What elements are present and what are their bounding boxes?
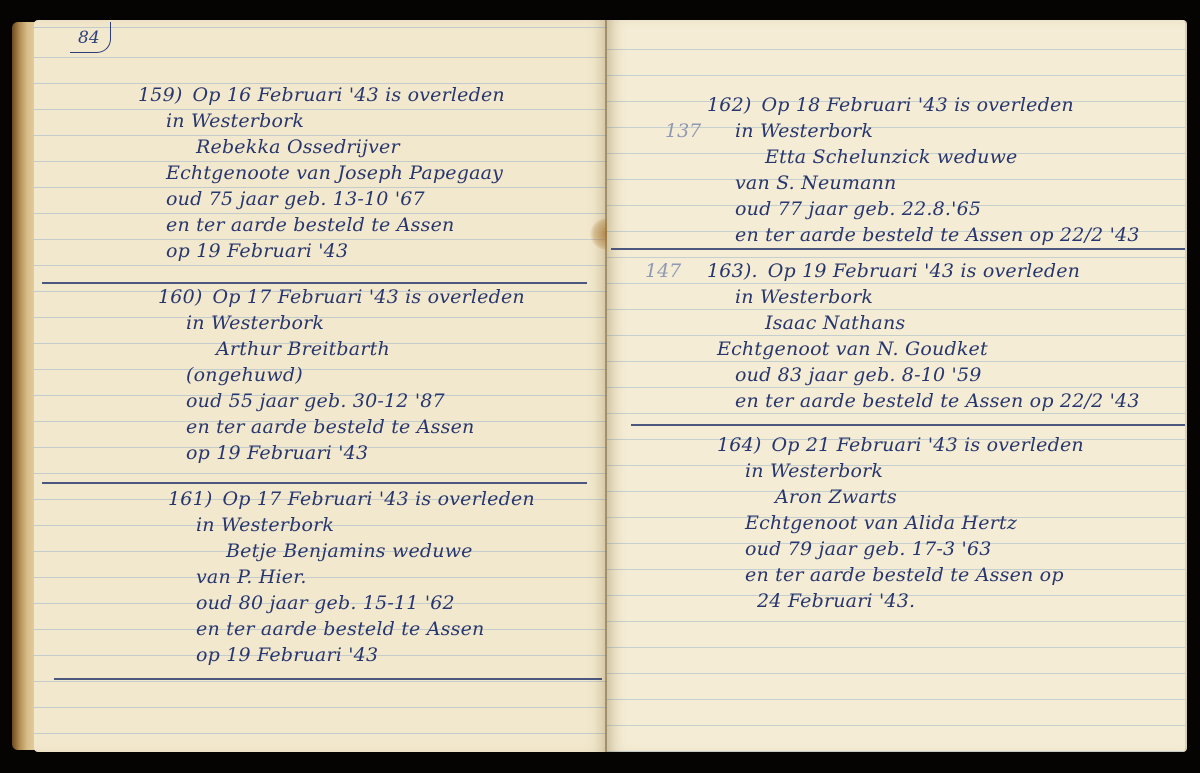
entry-line-burial: en ter aarde besteld te Assen op 22/2 '4… (707, 222, 1140, 248)
entry-line-place: in Westerbork (168, 512, 535, 538)
register-entry-159: 159)Op 16 Februari '43 is overleden in W… (138, 82, 505, 264)
entry-line-spouse: van P. Hier. (168, 564, 535, 590)
entry-line-name: Etta Schelunzick weduwe (707, 144, 1140, 170)
entry-line-burial-date: op 19 Februari '43 (138, 238, 505, 264)
entry-separator (611, 248, 1185, 250)
entry-number: 162) (707, 92, 751, 118)
entry-number: 160) (158, 284, 202, 310)
entry-line-death-date: Op 21 Februari '43 is overleden (771, 434, 1083, 456)
open-notebook: 84 159)Op 16 Februari '43 is overleden i… (12, 20, 1188, 754)
left-page-number: 84 (78, 28, 100, 48)
margin-note-137: 137 (665, 120, 701, 142)
entry-number: 159) (138, 82, 182, 108)
entry-line-name: Aron Zwarts (717, 484, 1084, 510)
entry-line-age: oud 75 jaar geb. 13-10 '67 (138, 186, 505, 212)
entry-line-burial-date: op 19 Februari '43 (158, 440, 525, 466)
entry-number: 163). (707, 258, 758, 284)
entry-number: 161) (168, 486, 212, 512)
entry-line-marital-status: (ongehuwd) (158, 362, 525, 388)
entry-line-burial: en ter aarde besteld te Assen (158, 414, 525, 440)
entry-line-burial: en ter aarde besteld te Assen op (717, 562, 1084, 588)
entry-line-death-date: Op 17 Februari '43 is overleden (212, 286, 524, 308)
entry-separator (54, 678, 602, 680)
entry-line-death-date: Op 18 Februari '43 is overleden (761, 94, 1073, 116)
entry-line-name: Arthur Breitbarth (158, 336, 525, 362)
entry-line-age: oud 79 jaar geb. 17-3 '63 (717, 536, 1084, 562)
entry-number: 164) (717, 432, 761, 458)
register-entry-160: 160)Op 17 Februari '43 is overleden in W… (158, 284, 525, 466)
entry-line-age: oud 77 jaar geb. 22.8.'65 (707, 196, 1140, 222)
margin-note-147: 147 (645, 260, 681, 282)
register-entry-164: 164)Op 21 Februari '43 is overleden in W… (717, 432, 1084, 614)
entry-line-spouse: Echtgenoot van N. Goudket (707, 336, 1140, 362)
entry-separator (42, 482, 587, 484)
entry-line-place: in Westerbork (707, 118, 1140, 144)
entry-line-spouse: Echtgenoot van Alida Hertz (717, 510, 1084, 536)
entry-line-death-date: Op 16 Februari '43 is overleden (192, 84, 504, 106)
entry-line-age: oud 83 jaar geb. 8-10 '59 (707, 362, 1140, 388)
entry-line-burial: en ter aarde besteld te Assen (138, 212, 505, 238)
entry-line-name: Isaac Nathans (707, 310, 1140, 336)
entry-line-burial-date: op 19 Februari '43 (168, 642, 535, 668)
entry-line-name: Rebekka Ossedrijver (138, 134, 505, 160)
entry-separator (631, 424, 1185, 426)
entry-line-name: Betje Benjamins weduwe (168, 538, 535, 564)
entry-line-death-date: Op 17 Februari '43 is overleden (222, 488, 534, 510)
entry-line-place: in Westerbork (707, 284, 1140, 310)
entry-line-place: in Westerbork (138, 108, 505, 134)
entry-line-place: in Westerbork (158, 310, 525, 336)
register-entry-161: 161)Op 17 Februari '43 is overleden in W… (168, 486, 535, 668)
entry-line-age: oud 55 jaar geb. 30-12 '87 (158, 388, 525, 414)
entry-line-spouse: van S. Neumann (707, 170, 1140, 196)
entry-line-spouse: Echtgenoote van Joseph Papegaay (138, 160, 505, 186)
entry-line-death-date: Op 19 Februari '43 is overleden (768, 260, 1080, 282)
entry-line-place: in Westerbork (717, 458, 1084, 484)
right-page: 85 137 162)Op 18 Februari '43 is overled… (607, 20, 1187, 752)
register-entry-162: 162)Op 18 Februari '43 is overleden in W… (707, 92, 1140, 248)
register-entry-163: 163).Op 19 Februari '43 is overleden in … (707, 258, 1140, 414)
entry-line-burial: en ter aarde besteld te Assen op 22/2 '4… (707, 388, 1140, 414)
entry-line-burial: en ter aarde besteld te Assen (168, 616, 535, 642)
entry-line-age: oud 80 jaar geb. 15-11 '62 (168, 590, 535, 616)
entry-line-burial-date: 24 Februari '43. (717, 588, 1084, 614)
left-page: 84 159)Op 16 Februari '43 is overleden i… (34, 20, 607, 752)
